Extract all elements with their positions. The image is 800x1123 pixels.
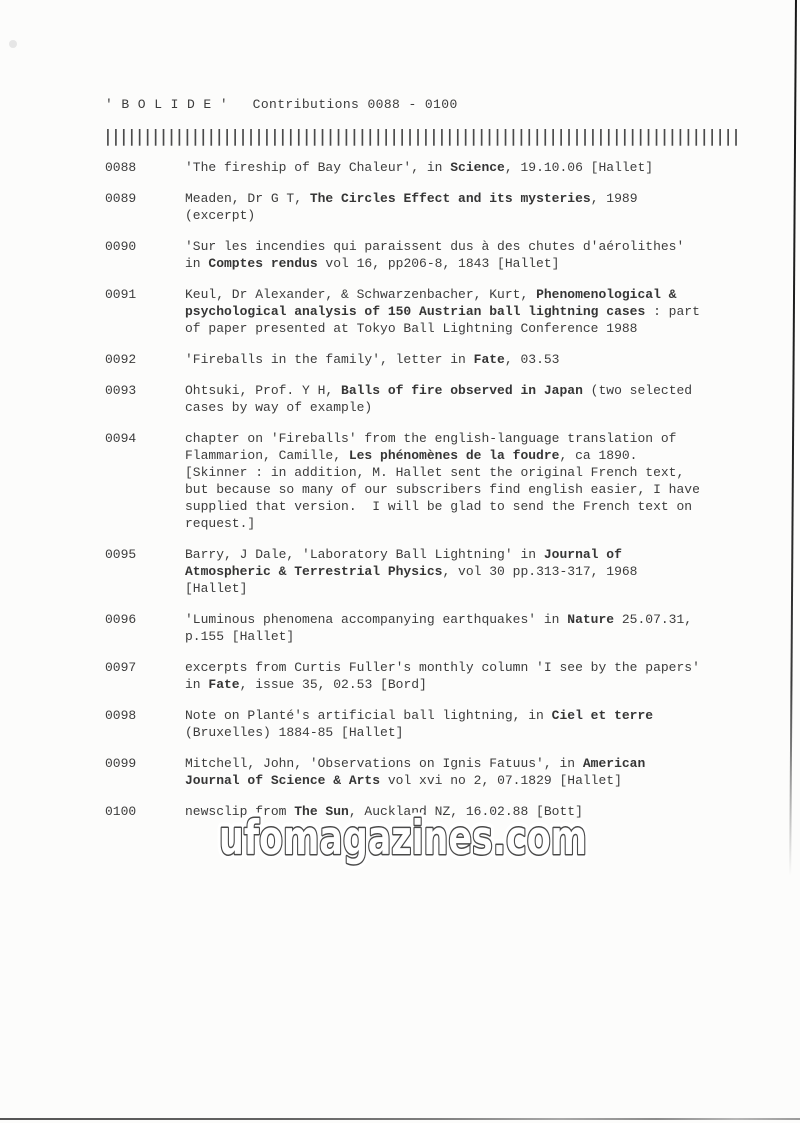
entry-number: 0098 xyxy=(105,707,185,741)
entry-text-line: excerpts from Curtis Fuller's monthly co… xyxy=(185,659,753,676)
entry-segment: [Hallet] xyxy=(185,581,247,596)
entry-segment: in xyxy=(185,256,208,271)
entry-text-line: Atmospheric & Terrestrial Physics, vol 3… xyxy=(185,563,753,580)
entry-number: 0088 xyxy=(105,159,185,176)
entry-segment: , ca 1890. xyxy=(559,448,637,463)
contribution-entry: 0089Meaden, Dr G T, The Circles Effect a… xyxy=(105,190,753,224)
entry-segment: , vol 30 pp.313-317, 1968 xyxy=(442,564,637,579)
scan-edge-right xyxy=(789,0,797,876)
entry-segment: , 1989 xyxy=(591,191,638,206)
contribution-entry: 0093Ohtsuki, Prof. Y H, Balls of fire ob… xyxy=(105,382,753,416)
entry-text-line: 'The fireship of Bay Chaleur', in Scienc… xyxy=(185,159,753,176)
entry-text-line: [Hallet] xyxy=(185,580,753,597)
page-title: ' B O L I D E ' Contributions 0088 - 010… xyxy=(105,97,458,112)
divider-bars: ||||||||||||||||||||||||||||||||||||||||… xyxy=(104,127,740,147)
entry-text-line: 'Fireballs in the family', letter in Fat… xyxy=(185,351,753,368)
entry-segment: vol xvi no 2, 07.1829 [Hallet] xyxy=(380,773,622,788)
entry-number: 0099 xyxy=(105,755,185,789)
entry-text-line: chapter on 'Fireballs' from the english-… xyxy=(185,430,753,447)
contribution-entry: 0099Mitchell, John, 'Observations on Ign… xyxy=(105,755,753,789)
entry-segment: supplied that version. I will be glad to… xyxy=(185,499,692,514)
entry-segment: but because so many of our subscribers f… xyxy=(185,482,700,497)
entry-number: 0089 xyxy=(105,190,185,224)
entry-text-line: p.155 [Hallet] xyxy=(185,628,753,645)
entry-segment: 'Fireballs in the family', letter in xyxy=(185,352,474,367)
contribution-entry: 0097excerpts from Curtis Fuller's monthl… xyxy=(105,659,753,693)
entry-text: Meaden, Dr G T, The Circles Effect and i… xyxy=(185,190,753,224)
entry-segment: (Bruxelles) 1884-85 [Hallet] xyxy=(185,725,403,740)
entry-text-line: of paper presented at Tokyo Ball Lightni… xyxy=(185,320,753,337)
entry-segment: request.] xyxy=(185,516,255,531)
entry-segment: (excerpt) xyxy=(185,208,255,223)
entry-segment-bold: Les phénomènes de la foudre xyxy=(349,448,560,463)
entry-segment: Meaden, Dr G T, xyxy=(185,191,310,206)
entry-segment: Keul, Dr Alexander, & Schwarzenbacher, K… xyxy=(185,287,536,302)
entry-segment: Mitchell, John, 'Observations on Ignis F… xyxy=(185,756,583,771)
contribution-entry: 0100newsclip from The Sun, Auckland NZ, … xyxy=(105,803,753,820)
entry-segment-bold: Journal of Science & Arts xyxy=(185,773,380,788)
entry-segment-bold: Phenomenological & xyxy=(536,287,676,302)
entry-text-line: 'Sur les incendies qui paraissent dus à … xyxy=(185,238,753,255)
entry-text-line: Mitchell, John, 'Observations on Ignis F… xyxy=(185,755,753,772)
entry-text-line: newsclip from The Sun, Auckland NZ, 16.0… xyxy=(185,803,753,820)
entry-number: 0100 xyxy=(105,803,185,820)
entry-segment: [Skinner : in addition, M. Hallet sent t… xyxy=(185,465,684,480)
contribution-entry: 0095Barry, J Dale, 'Laboratory Ball Ligh… xyxy=(105,546,753,597)
entry-text-line: cases by way of example) xyxy=(185,399,753,416)
contribution-list: 0088'The fireship of Bay Chaleur', in Sc… xyxy=(105,159,753,834)
entry-segment: 'The fireship of Bay Chaleur', in xyxy=(185,160,450,175)
entry-segment-bold: Fate xyxy=(208,677,239,692)
entry-segment: in xyxy=(185,677,208,692)
entry-number: 0091 xyxy=(105,286,185,337)
entry-segment-bold: Ciel et terre xyxy=(552,708,653,723)
entry-text-line: Meaden, Dr G T, The Circles Effect and i… xyxy=(185,190,753,207)
scan-edge-bottom xyxy=(0,1118,800,1120)
entry-segment-bold: Journal of xyxy=(544,547,622,562)
entry-text-line: Keul, Dr Alexander, & Schwarzenbacher, K… xyxy=(185,286,753,303)
entry-segment: vol 16, pp206-8, 1843 [Hallet] xyxy=(318,256,560,271)
entry-text: chapter on 'Fireballs' from the english-… xyxy=(185,430,753,532)
entry-segment: of paper presented at Tokyo Ball Lightni… xyxy=(185,321,637,336)
entry-number: 0090 xyxy=(105,238,185,272)
entry-segment: p.155 [Hallet] xyxy=(185,629,294,644)
entry-text: Note on Planté's artificial ball lightni… xyxy=(185,707,753,741)
entry-segment: 'Luminous phenomena accompanying earthqu… xyxy=(185,612,567,627)
entry-text: Keul, Dr Alexander, & Schwarzenbacher, K… xyxy=(185,286,753,337)
entry-text-line: Barry, J Dale, 'Laboratory Ball Lightnin… xyxy=(185,546,753,563)
scanned-document-page: ' B O L I D E ' Contributions 0088 - 010… xyxy=(0,0,800,1123)
entry-text: 'Luminous phenomena accompanying earthqu… xyxy=(185,611,753,645)
entry-segment: 'Sur les incendies qui paraissent dus à … xyxy=(185,239,684,254)
entry-text-line: Note on Planté's artificial ball lightni… xyxy=(185,707,753,724)
entry-segment: Flammarion, Camille, xyxy=(185,448,349,463)
entry-text-line: 'Luminous phenomena accompanying earthqu… xyxy=(185,611,753,628)
contribution-entry: 0091Keul, Dr Alexander, & Schwarzenbache… xyxy=(105,286,753,337)
entry-number: 0092 xyxy=(105,351,185,368)
entry-segment: (two selected xyxy=(583,383,692,398)
entry-segment-bold: Nature xyxy=(567,612,614,627)
entry-text-line: in Fate, issue 35, 02.53 [Bord] xyxy=(185,676,753,693)
entry-text: 'Fireballs in the family', letter in Fat… xyxy=(185,351,753,368)
entry-text-line: supplied that version. I will be glad to… xyxy=(185,498,753,515)
entry-text: 'The fireship of Bay Chaleur', in Scienc… xyxy=(185,159,753,176)
entry-text-line: but because so many of our subscribers f… xyxy=(185,481,753,498)
entry-segment: cases by way of example) xyxy=(185,400,372,415)
entry-text-line: (Bruxelles) 1884-85 [Hallet] xyxy=(185,724,753,741)
entry-number: 0094 xyxy=(105,430,185,532)
entry-text-line: request.] xyxy=(185,515,753,532)
contribution-entry: 0088'The fireship of Bay Chaleur', in Sc… xyxy=(105,159,753,176)
entry-text-line: in Comptes rendus vol 16, pp206-8, 1843 … xyxy=(185,255,753,272)
entry-text-line: psychological analysis of 150 Austrian b… xyxy=(185,303,753,320)
entry-number: 0096 xyxy=(105,611,185,645)
entry-segment-bold: The Circles Effect and its mysteries xyxy=(310,191,591,206)
entry-segment-bold: Balls of fire observed in Japan xyxy=(341,383,583,398)
contribution-entry: 0096'Luminous phenomena accompanying ear… xyxy=(105,611,753,645)
entry-segment: 25.07.31, xyxy=(614,612,692,627)
entry-segment-bold: Atmospheric & Terrestrial Physics xyxy=(185,564,442,579)
entry-segment: , 19.10.06 [Hallet] xyxy=(505,160,653,175)
entry-segment-bold: Science xyxy=(450,160,505,175)
entry-segment-bold: American xyxy=(583,756,645,771)
entry-text-line: Journal of Science & Arts vol xvi no 2, … xyxy=(185,772,753,789)
contribution-entry: 0094chapter on 'Fireballs' from the engl… xyxy=(105,430,753,532)
entry-segment: excerpts from Curtis Fuller's monthly co… xyxy=(185,660,700,675)
entry-text: newsclip from The Sun, Auckland NZ, 16.0… xyxy=(185,803,753,820)
entry-text-line: Flammarion, Camille, Les phénomènes de l… xyxy=(185,447,753,464)
entry-text: Mitchell, John, 'Observations on Ignis F… xyxy=(185,755,753,789)
entry-text-line: [Skinner : in addition, M. Hallet sent t… xyxy=(185,464,753,481)
entry-text-line: (excerpt) xyxy=(185,207,753,224)
contribution-entry: 0098Note on Planté's artificial ball lig… xyxy=(105,707,753,741)
contribution-entry: 0092'Fireballs in the family', letter in… xyxy=(105,351,753,368)
entry-segment: , 03.53 xyxy=(505,352,560,367)
entry-text: Barry, J Dale, 'Laboratory Ball Lightnin… xyxy=(185,546,753,597)
entry-segment-bold: Fate xyxy=(474,352,505,367)
entry-segment-bold: psychological analysis of 150 Austrian b… xyxy=(185,304,645,319)
entry-segment: : part xyxy=(645,304,700,319)
entry-text-line: Ohtsuki, Prof. Y H, Balls of fire observ… xyxy=(185,382,753,399)
entry-segment: chapter on 'Fireballs' from the english-… xyxy=(185,431,676,446)
entry-segment: Note on Planté's artificial ball lightni… xyxy=(185,708,552,723)
entry-segment: newsclip from xyxy=(185,804,294,819)
entry-number: 0097 xyxy=(105,659,185,693)
entry-segment: , Auckland NZ, 16.02.88 [Bott] xyxy=(349,804,583,819)
entry-segment: Barry, J Dale, 'Laboratory Ball Lightnin… xyxy=(185,547,544,562)
entry-text: excerpts from Curtis Fuller's monthly co… xyxy=(185,659,753,693)
entry-text: 'Sur les incendies qui paraissent dus à … xyxy=(185,238,753,272)
entry-segment: Ohtsuki, Prof. Y H, xyxy=(185,383,341,398)
entry-segment: , issue 35, 02.53 [Bord] xyxy=(240,677,427,692)
entry-number: 0095 xyxy=(105,546,185,597)
entry-segment-bold: The Sun xyxy=(294,804,349,819)
scan-smudge xyxy=(9,40,17,48)
contribution-entry: 0090'Sur les incendies qui paraissent du… xyxy=(105,238,753,272)
entry-number: 0093 xyxy=(105,382,185,416)
entry-segment-bold: Comptes rendus xyxy=(208,256,317,271)
entry-text: Ohtsuki, Prof. Y H, Balls of fire observ… xyxy=(185,382,753,416)
